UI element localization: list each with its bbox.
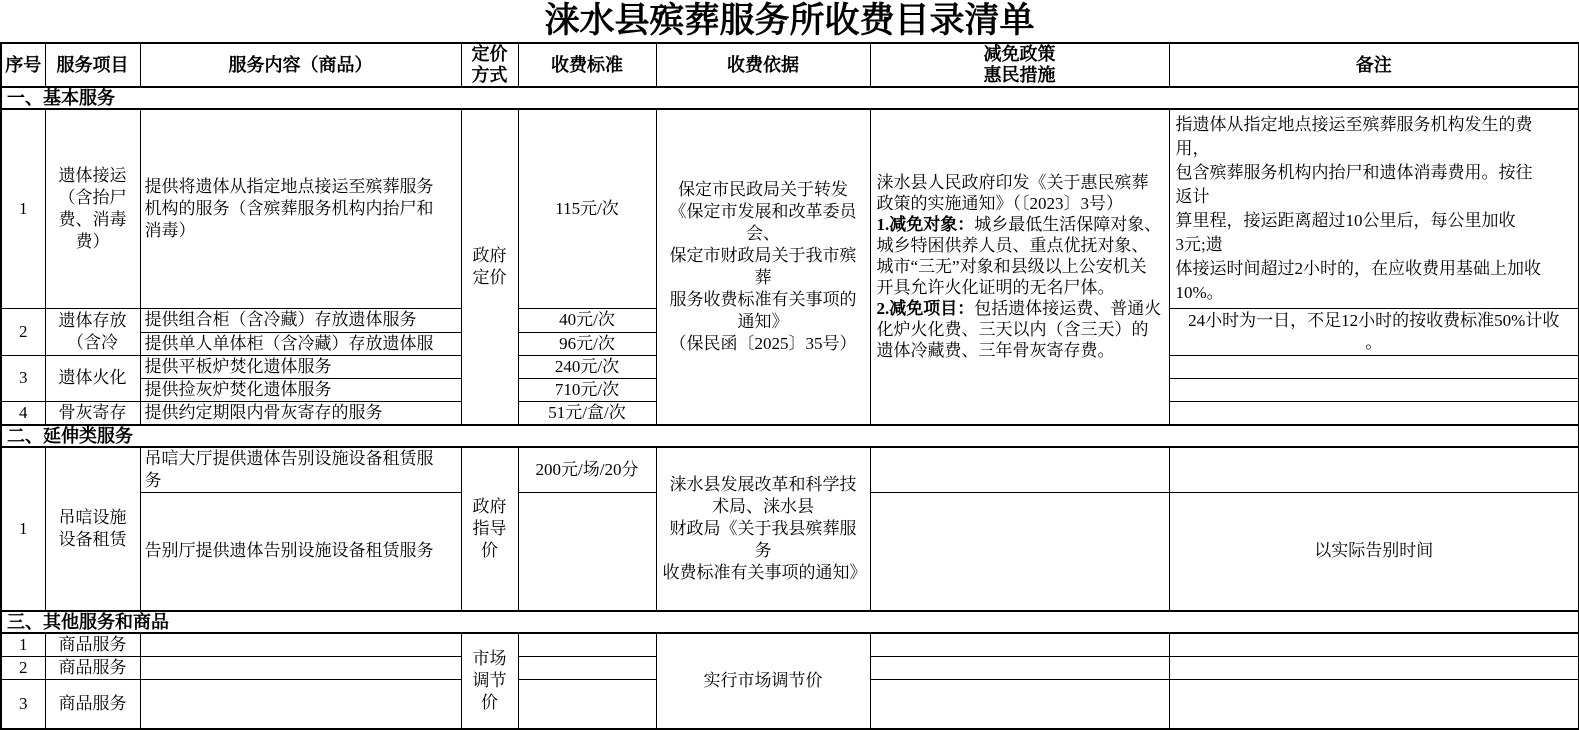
table-row: 1 吊唁设施 设备租赁 吊唁大厅提供遗体告别设施设备租赁服务 政府指导价 200… — [1, 447, 1579, 493]
table-header-row: 序号 服务项目 服务内容（商品） 定价方式 收费标准 收费依据 减免政策 惠民措… — [1, 43, 1579, 87]
cell-service-content: 提供单人单体柜（含冷藏）存放遗体服 — [140, 332, 461, 355]
cell-service-content-empty — [140, 657, 461, 680]
cell-remark-empty — [1169, 657, 1579, 680]
cell-remark-empty — [1169, 355, 1579, 378]
cell-remark-empty — [1169, 447, 1579, 493]
cell-relief-empty — [870, 447, 1169, 493]
cell-service-item: 遗体接运（含抬尸费、消毒费） — [45, 109, 140, 308]
col-header-fee-basis: 收费依据 — [656, 43, 870, 87]
cell-fee-standard: 96元/次 — [518, 332, 656, 355]
col-header-relief-policy: 减免政策 惠民措施 — [870, 43, 1169, 87]
table-row: 1 遗体接运（含抬尸费、消毒费） 提供将遗体从指定地点接运至殡葬服务机构的服务（… — [1, 109, 1579, 308]
section-heading-extended: 二、延伸类服务 — [1, 425, 1579, 447]
page-title: 涞水县殡葬服务所收费目录清单 — [0, 0, 1579, 42]
relief-bold-items: 2.减免项目： — [877, 299, 975, 318]
cell-pricing-method: 市场调节价 — [461, 633, 518, 729]
cell-service-item: 遗体火化 — [45, 355, 140, 401]
cell-serial: 1 — [1, 447, 45, 612]
col-header-service-content: 服务内容（商品） — [140, 43, 461, 87]
col-header-service-item: 服务项目 — [45, 43, 140, 87]
section-row-other-services: 三、其他服务和商品 — [1, 611, 1579, 633]
cell-fee-basis: 涞水县发展改革和科学技术局、涞水县 财政局《关于我县殡葬服务 收费标准有关事项的… — [656, 447, 870, 612]
cell-remark-empty — [1169, 633, 1579, 657]
cell-service-item: 商品服务 — [45, 657, 140, 680]
relief-intro: 涞水县人民政府印发《关于惠民殡葬政策的实施通知》（〔2023〕3号） — [877, 173, 1149, 213]
fee-table: 序号 服务项目 服务内容（商品） 定价方式 收费标准 收费依据 减免政策 惠民措… — [0, 42, 1579, 730]
cell-relief-empty — [870, 657, 1169, 680]
cell-relief-empty — [870, 680, 1169, 729]
cell-fee-standard: 240元/次 — [518, 355, 656, 378]
cell-relief-policy: 涞水县人民政府印发《关于惠民殡葬政策的实施通知》（〔2023〕3号） 1.减免对… — [870, 109, 1169, 425]
cell-service-content-empty — [140, 680, 461, 729]
col-header-remark: 备注 — [1169, 43, 1579, 87]
cell-pricing-method: 政府定价 — [461, 109, 518, 425]
cell-fee-basis: 保定市民政局关于转发 《保定市发展和改革委员会、 保定市财政局关于我市殡葬 服务… — [656, 109, 870, 425]
cell-service-item: 遗体存放（含冷 — [45, 308, 140, 355]
cell-serial: 2 — [1, 657, 45, 680]
cell-fee-standard: 200元/场/20分 — [518, 447, 656, 493]
cell-relief-empty — [870, 492, 1169, 611]
cell-service-item: 吊唁设施 设备租赁 — [45, 447, 140, 612]
cell-fee-standard-empty — [518, 633, 656, 657]
cell-service-content: 提供将遗体从指定地点接运至殡葬服务机构的服务（含殡葬服务机构内抬尸和消毒） — [140, 109, 461, 308]
cell-service-content: 吊唁大厅提供遗体告别设施设备租赁服务 — [140, 447, 461, 493]
cell-remark-empty — [1169, 680, 1579, 729]
cell-fee-standard-empty — [518, 680, 656, 729]
cell-fee-standard: 115元/次 — [518, 109, 656, 308]
relief-bold-objects: 1.减免对象： — [877, 215, 975, 234]
cell-remark: 24小时为一日，不足12小时的按收费标准50%计收 。 — [1169, 308, 1579, 355]
cell-serial: 3 — [1, 680, 45, 729]
cell-fee-basis: 实行市场调节价 — [656, 633, 870, 729]
cell-service-content: 提供组合柜（含冷藏）存放遗体服务 — [140, 308, 461, 332]
section-heading-other: 三、其他服务和商品 — [1, 611, 1579, 633]
cell-remark: 以实际告别时间 — [1169, 492, 1579, 611]
cell-service-content-empty — [140, 633, 461, 657]
cell-service-content: 提供平板炉焚化遗体服务 — [140, 355, 461, 378]
col-header-fee-standard: 收费标准 — [518, 43, 656, 87]
cell-fee-standard: 40元/次 — [518, 308, 656, 332]
cell-serial: 1 — [1, 633, 45, 657]
cell-service-item: 商品服务 — [45, 633, 140, 657]
cell-remark: 指遗体从指定地点接运至殡葬服务机构发生的费 用， 包含殡葬服务机构内抬尸和遗体消… — [1169, 109, 1579, 308]
cell-serial: 1 — [1, 109, 45, 308]
section-row-basic-services: 一、基本服务 — [1, 87, 1579, 109]
cell-relief-empty — [870, 633, 1169, 657]
cell-service-content: 提供约定期限内骨灰寄存的服务 — [140, 401, 461, 425]
cell-fee-standard: 710元/次 — [518, 378, 656, 401]
cell-fee-standard-empty — [518, 492, 656, 611]
section-heading-basic: 一、基本服务 — [1, 87, 1579, 109]
cell-serial: 2 — [1, 308, 45, 355]
cell-service-item: 商品服务 — [45, 680, 140, 729]
cell-service-content: 提供捡灰炉焚化遗体服务 — [140, 378, 461, 401]
cell-remark-empty — [1169, 401, 1579, 425]
cell-serial: 3 — [1, 355, 45, 401]
cell-remark-empty — [1169, 378, 1579, 401]
cell-serial: 4 — [1, 401, 45, 425]
col-header-index: 序号 — [1, 43, 45, 87]
cell-service-content: 告别厅提供遗体告别设施设备租赁服务 — [140, 492, 461, 611]
cell-pricing-method: 政府指导价 — [461, 447, 518, 612]
col-header-pricing-method: 定价方式 — [461, 43, 518, 87]
fee-catalog-document: 涞水县殡葬服务所收费目录清单 序号 服务项目 服务内容（商品） 定价方式 收费标… — [0, 0, 1579, 730]
cell-service-item: 骨灰寄存 — [45, 401, 140, 425]
table-row: 1 商品服务 市场调节价 实行市场调节价 — [1, 633, 1579, 657]
cell-fee-standard-empty — [518, 657, 656, 680]
section-row-extended-services: 二、延伸类服务 — [1, 425, 1579, 447]
cell-fee-standard: 51元/盒/次 — [518, 401, 656, 425]
